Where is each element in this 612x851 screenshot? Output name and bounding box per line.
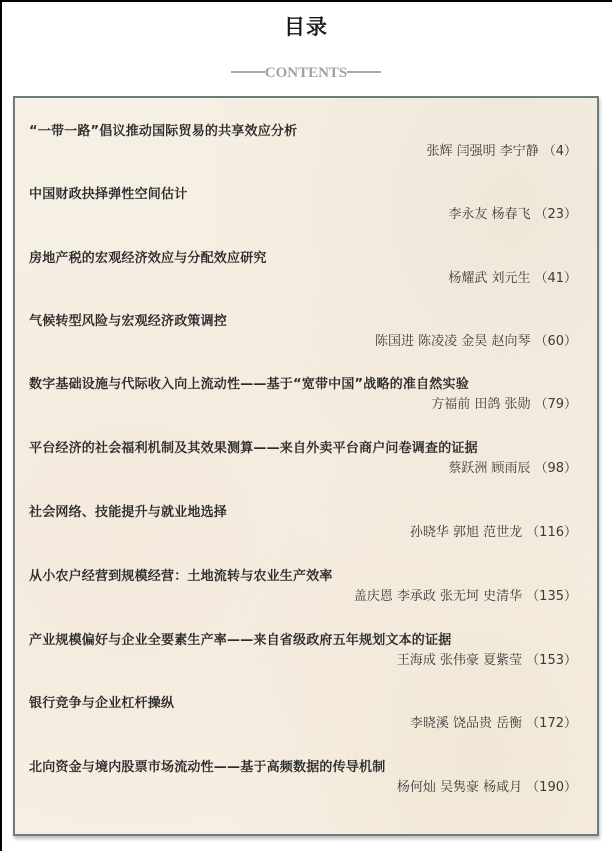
article-byline: 杨何灿 吴隽豪 杨咸月（190）: [397, 776, 577, 795]
toc-entry[interactable]: 产业规模偏好与企业全要素生产率——来自省级政府五年规划文本的证据 王海成 张伟豪…: [15, 629, 597, 673]
article-authors: 张辉 闫强明 李宁静: [426, 144, 538, 159]
contents-subtitle: CONTENTS: [0, 65, 612, 82]
article-page-number: （79）: [534, 397, 577, 412]
article-byline: 李晓溪 饶品贵 岳衡（172）: [410, 712, 577, 731]
contents-subtitle-text: CONTENTS: [265, 65, 348, 81]
article-title[interactable]: 气候转型风险与宏观经济政策调控: [29, 310, 227, 329]
article-page-number: （135）: [526, 589, 577, 604]
toc-entry[interactable]: 银行竞争与企业杠杆操纵 李晓溪 饶品贵 岳衡（172）: [15, 692, 597, 736]
article-byline: 李永友 杨春飞（23）: [448, 203, 577, 222]
article-title[interactable]: “一带一路”倡议推动国际贸易的共享效应分析: [29, 120, 297, 139]
article-page-number: （172）: [526, 716, 577, 731]
article-title[interactable]: 数字基础设施与代际收入向上流动性——基于“宽带中国”战略的准自然实验: [29, 373, 469, 392]
article-page-number: （4）: [543, 144, 577, 159]
article-byline: 盖庆恩 李承政 张无坷 史清华（135）: [354, 585, 577, 604]
toc-entry[interactable]: 数字基础设施与代际收入向上流动性——基于“宽带中国”战略的准自然实验 方福前 田…: [15, 373, 597, 417]
article-byline: 孙晓华 郭旭 范世龙（116）: [410, 521, 577, 540]
article-title[interactable]: 平台经济的社会福利机制及其效果测算——来自外卖平台商户问卷调查的证据: [29, 437, 478, 456]
toc-entry[interactable]: 北向资金与境内股票市场流动性——基于高频数据的传导机制 杨何灿 吴隽豪 杨咸月（…: [15, 756, 597, 800]
article-title[interactable]: 银行竞争与企业杠杆操纵: [29, 692, 174, 711]
left-rule-decoration: [231, 71, 265, 73]
article-page-number: （190）: [526, 780, 577, 795]
article-authors: 杨耀武 刘元生: [448, 271, 530, 286]
toc-entry[interactable]: 平台经济的社会福利机制及其效果测算——来自外卖平台商户问卷调查的证据 蔡跃洲 顾…: [15, 437, 597, 481]
toc-entry[interactable]: 房地产税的宏观经济效应与分配效应研究 杨耀武 刘元生（41）: [15, 247, 597, 291]
article-title[interactable]: 从小农户经营到规模经营：土地流转与农业生产效率: [29, 565, 333, 584]
article-page-number: （60）: [534, 334, 577, 349]
right-rule-decoration: [347, 71, 381, 73]
article-byline: 陈国进 陈凌凌 金昊 赵向琴（60）: [375, 330, 577, 349]
article-title[interactable]: 北向资金与境内股票市场流动性——基于高频数据的传导机制: [29, 756, 385, 775]
table-of-contents: “一带一路”倡议推动国际贸易的共享效应分析 张辉 闫强明 李宁静（4） 中国财政…: [13, 96, 599, 836]
article-authors: 李永友 杨春飞: [448, 207, 530, 222]
toc-entry[interactable]: 社会网络、技能提升与就业地选择 孙晓华 郭旭 范世龙（116）: [15, 501, 597, 545]
article-authors: 李晓溪 饶品贵 岳衡: [410, 716, 522, 731]
article-title[interactable]: 中国财政抉择弹性空间估计: [29, 183, 187, 202]
article-page-number: （23）: [534, 207, 577, 222]
article-page-number: （98）: [534, 461, 577, 476]
toc-entry[interactable]: 气候转型风险与宏观经济政策调控 陈国进 陈凌凌 金昊 赵向琴（60）: [15, 310, 597, 354]
article-byline: 王海成 张伟豪 夏紫莹（153）: [397, 649, 577, 668]
article-title[interactable]: 房地产税的宏观经济效应与分配效应研究: [29, 247, 267, 266]
article-authors: 方福前 田鸽 张勋: [431, 397, 530, 412]
article-byline: 蔡跃洲 顾雨辰（98）: [448, 457, 577, 476]
article-byline: 方福前 田鸽 张勋（79）: [431, 393, 577, 412]
article-authors: 盖庆恩 李承政 张无坷 史清华: [354, 589, 522, 604]
toc-entry[interactable]: 从小农户经营到规模经营：土地流转与农业生产效率 盖庆恩 李承政 张无坷 史清华（…: [15, 565, 597, 609]
article-title[interactable]: 产业规模偏好与企业全要素生产率——来自省级政府五年规划文本的证据: [29, 629, 451, 648]
article-page-number: （116）: [526, 525, 577, 540]
article-authors: 孙晓华 郭旭 范世龙: [410, 525, 522, 540]
article-authors: 蔡跃洲 顾雨辰: [448, 461, 530, 476]
article-byline: 张辉 闫强明 李宁静（4）: [426, 140, 577, 159]
article-authors: 王海成 张伟豪 夏紫莹: [397, 653, 522, 668]
article-byline: 杨耀武 刘元生（41）: [448, 267, 577, 286]
toc-entry[interactable]: “一带一路”倡议推动国际贸易的共享效应分析 张辉 闫强明 李宁静（4）: [15, 120, 597, 164]
article-page-number: （153）: [526, 653, 577, 668]
article-authors: 杨何灿 吴隽豪 杨咸月: [397, 780, 522, 795]
toc-entry[interactable]: 中国财政抉择弹性空间估计 李永友 杨春飞（23）: [15, 183, 597, 227]
article-page-number: （41）: [534, 271, 577, 286]
page-title: 目录: [0, 11, 612, 41]
article-authors: 陈国进 陈凌凌 金昊 赵向琴: [375, 334, 530, 349]
article-title[interactable]: 社会网络、技能提升与就业地选择: [29, 501, 227, 520]
